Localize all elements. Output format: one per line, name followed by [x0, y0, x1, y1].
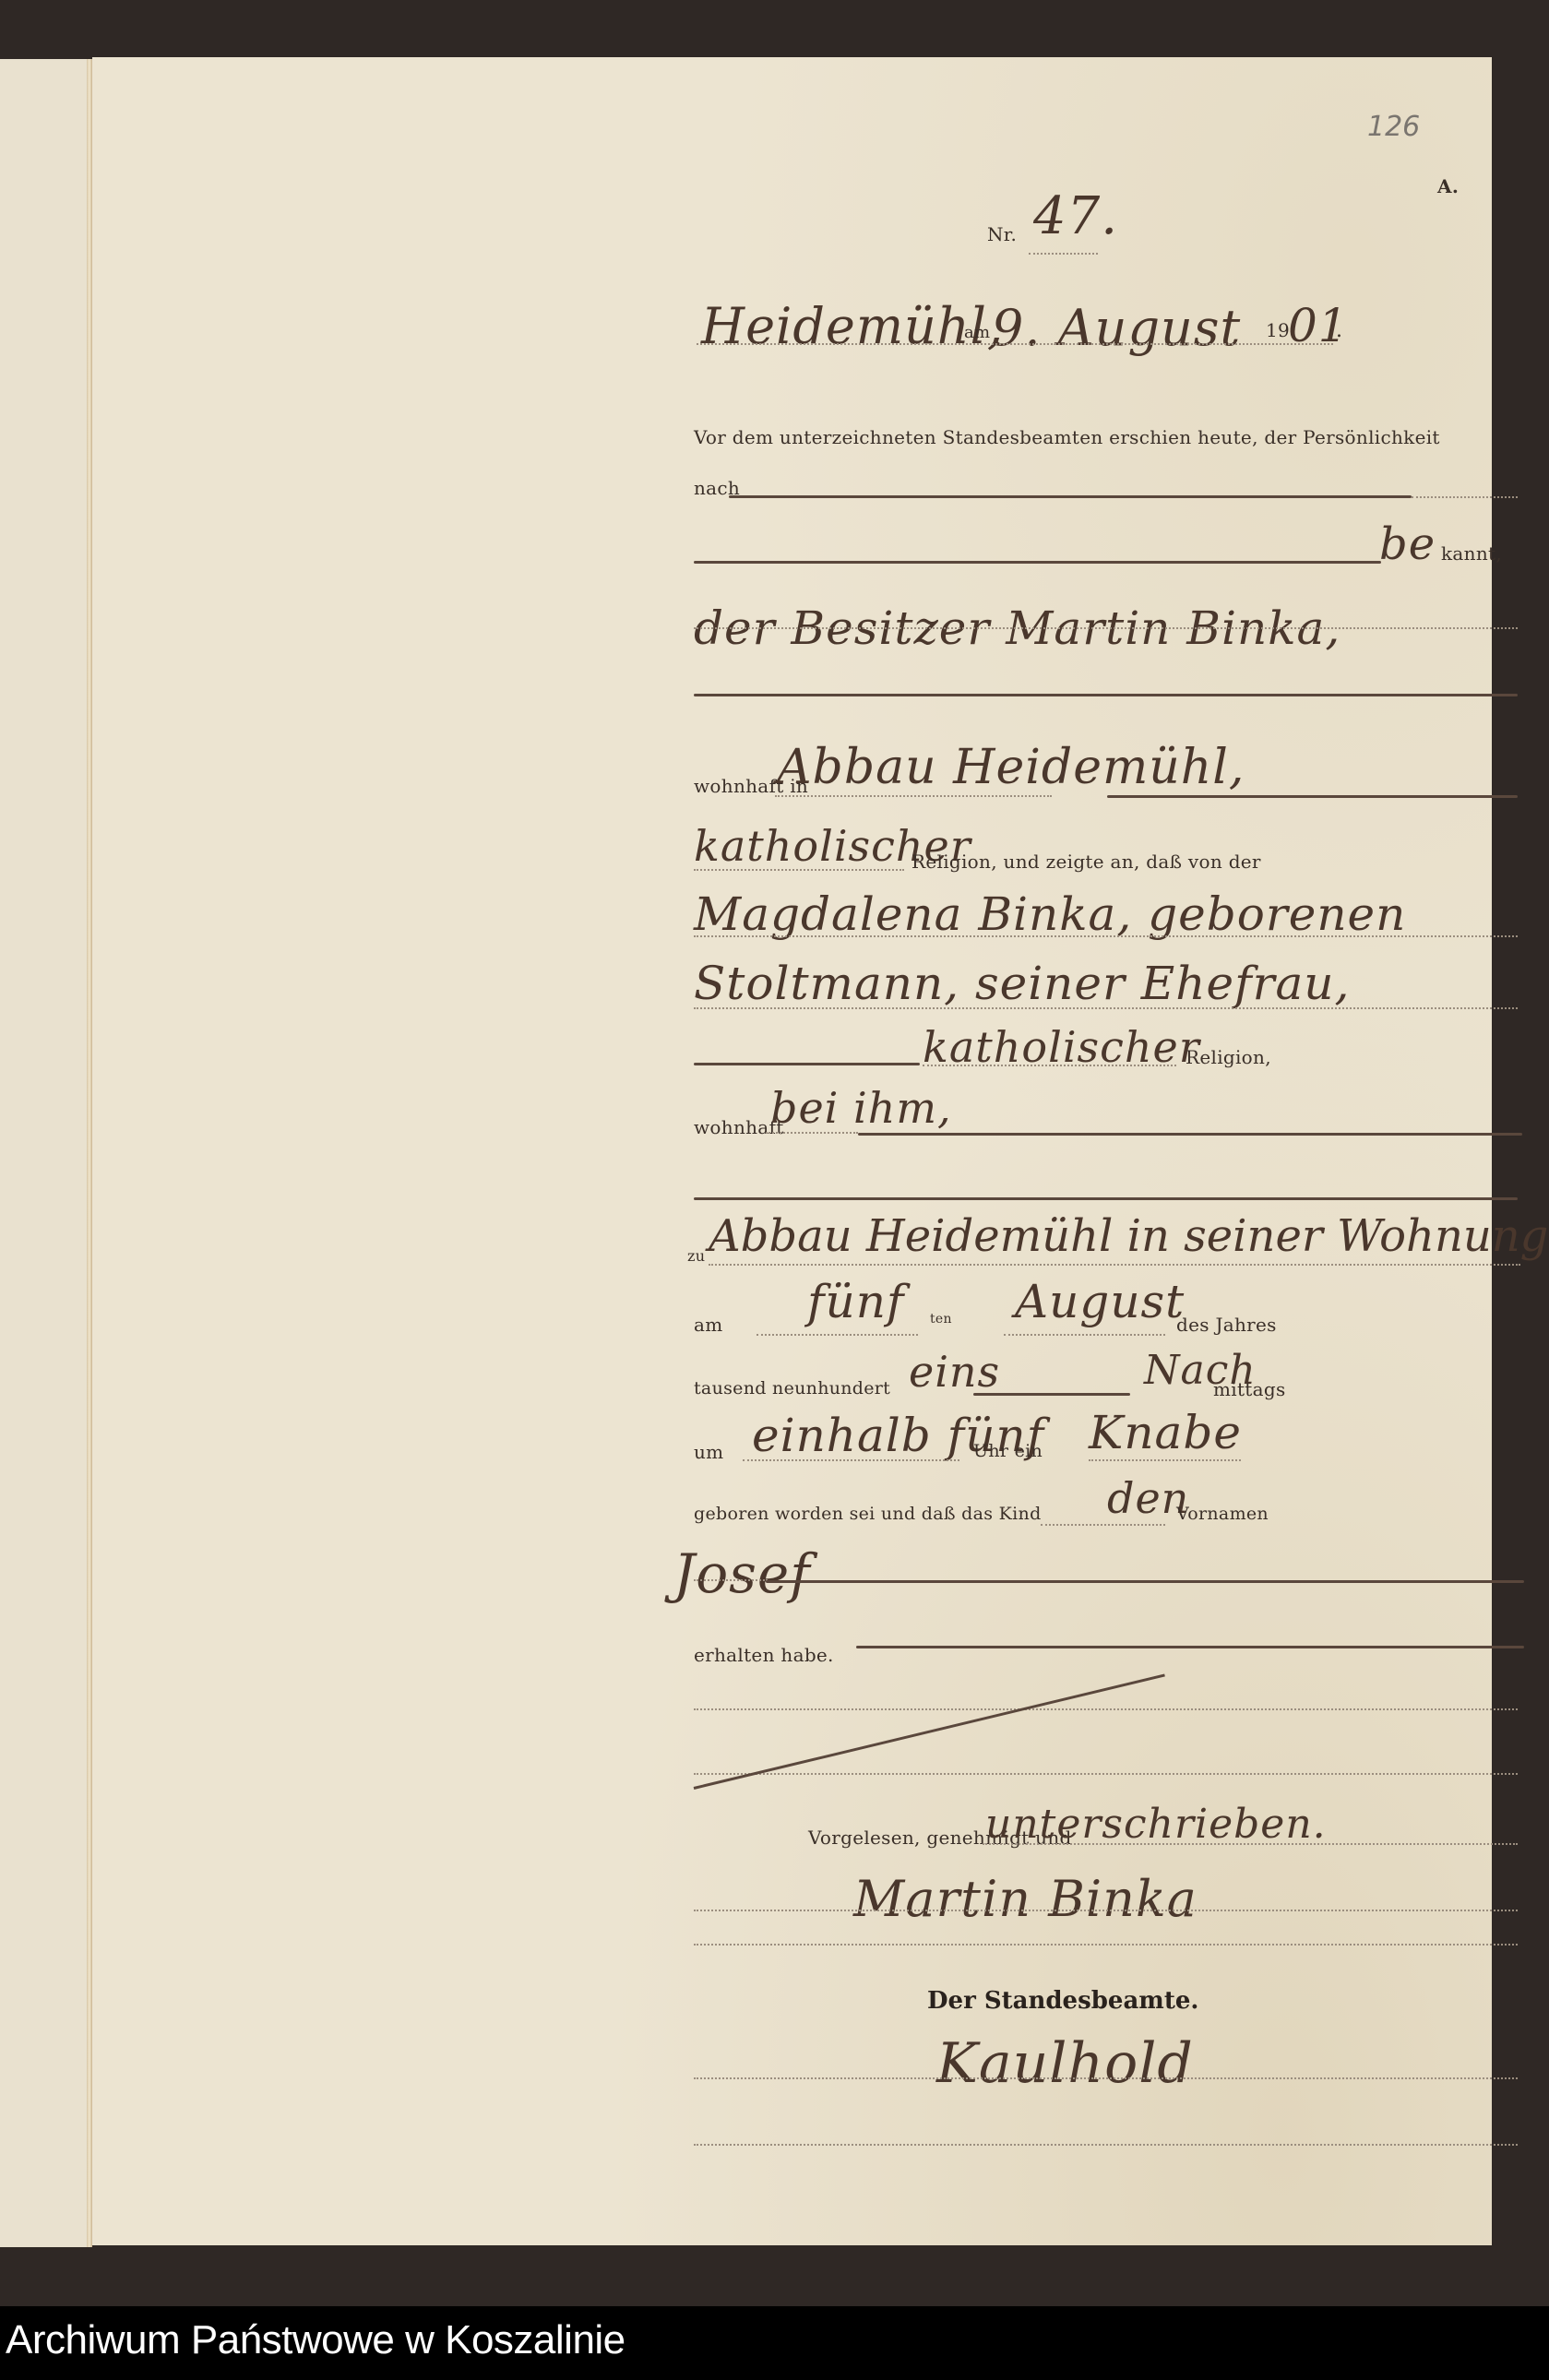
ten-label: ten	[930, 1312, 952, 1327]
date-handwritten: 9. August	[992, 299, 1241, 357]
mother-residence-handwritten: bei ihm,	[770, 1083, 952, 1133]
religion-label: Religion,	[1186, 1046, 1271, 1068]
child-name-handwritten: Josef	[673, 1542, 811, 1605]
registrar-signature: Kaulhold	[936, 2031, 1194, 2096]
year-prefix: 19	[1266, 319, 1290, 341]
declarant-signature: Martin Binka	[853, 1870, 1197, 1928]
religion-line: Religion, und zeigte an, daß von der	[912, 851, 1261, 873]
record-number: 47.	[1033, 186, 1118, 246]
folio-number: 126	[1367, 111, 1420, 143]
vornamen-label: Vornamen	[1176, 1504, 1269, 1524]
bekannt-suffix: kannt,	[1441, 542, 1502, 565]
place-handwritten: Heidemühl,	[701, 297, 1004, 355]
bekannt-handwritten: be	[1379, 518, 1436, 570]
archive-caption-bar: Archiwum Państwowe w Koszalinie	[0, 2306, 1549, 2380]
year-period: .	[1336, 319, 1342, 342]
birthplace-handwritten: Abbau Heidemühl in seiner Wohnung	[709, 1210, 1548, 1262]
um-label: um	[694, 1441, 723, 1463]
date-label: am	[964, 323, 990, 342]
geboren-line: geboren worden sei und daß das Kind	[694, 1504, 1042, 1524]
am-label: am	[694, 1314, 723, 1336]
zu-label: zu	[687, 1247, 705, 1265]
day-handwritten: fünf	[807, 1275, 904, 1328]
intro-line: Vor dem unterzeichneten Standesbeamten e…	[694, 426, 1440, 448]
signed-handwritten: unterschrieben.	[985, 1801, 1327, 1848]
record-number-label: Nr.	[987, 223, 1017, 245]
uhr-ein-label: Uhr ein	[973, 1441, 1043, 1461]
form-letter: A.	[1437, 175, 1459, 197]
archive-name: Archiwum Państwowe w Koszalinie	[6, 2317, 626, 2363]
residence-handwritten: Abbau Heidemühl,	[777, 740, 1245, 795]
sex-handwritten: Knabe	[1089, 1406, 1242, 1459]
month-handwritten: August	[1015, 1275, 1185, 1328]
left-page-edge	[0, 59, 89, 2247]
mother-handwritten: Magdalena Binka, geborenen	[694, 887, 1406, 941]
des-jahres-label: des Jahres	[1176, 1314, 1277, 1336]
tausend-label: tausend neunhundert	[694, 1378, 890, 1398]
register-page: 126 A. Nr. 47. Heidemühl, am 9. August 1…	[92, 57, 1492, 2245]
registrar-title: Der Standesbeamte.	[927, 1987, 1198, 2015]
erhalten-label: erhalten habe.	[694, 1644, 834, 1666]
mother-maiden-handwritten: Stoltmann, seiner Ehefrau,	[694, 957, 1350, 1010]
year-word-handwritten: eins	[909, 1347, 1000, 1397]
mittags-label: mittags	[1213, 1378, 1286, 1400]
